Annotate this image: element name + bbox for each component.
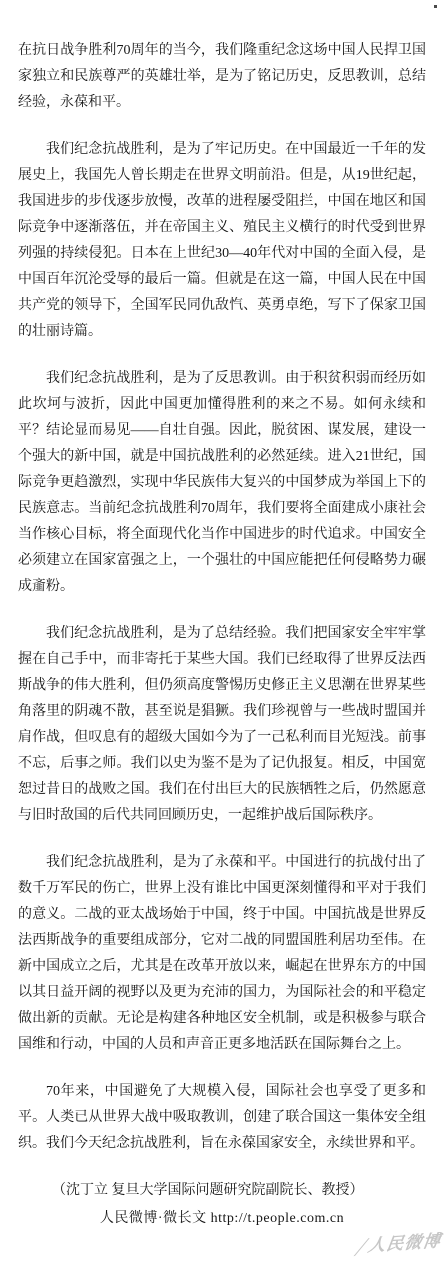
corner-artifact-mark <box>434 5 437 8</box>
paragraph-summarize-experience: 我们纪念抗战胜利，是为了总结经验。我们把国家安全牢牢掌握在自己手中，而非寄托于某… <box>18 621 426 829</box>
article-body: 在抗日战争胜利70周年的当今，我们隆重纪念这场中国人民捍卫国家独立和民族尊严的英… <box>0 0 444 1232</box>
footer-source-line: 人民微博·微长文 http://t.people.com.cn <box>18 1206 426 1232</box>
paragraph-conclusion: 70年来，中国避免了大规模入侵，国际社会也享受了更多和平。人类已从世界大战中吸取… <box>18 1079 426 1157</box>
paragraph-preserve-peace: 我们纪念抗战胜利，是为了永葆和平。中国进行的抗战付出了数千万军民的伤亡，世界上没… <box>18 850 426 1058</box>
paragraph-remember-history: 我们纪念抗战胜利，是为了牢记历史。在中国最近一千年的发展史上，我国先人曾长期走在… <box>18 137 426 345</box>
paragraph-reflect-lessons: 我们纪念抗战胜利，是为了反思教训。由于积贫积弱而经历如此坎坷与波折，因此中国更加… <box>18 366 426 600</box>
footer-source-url-link[interactable]: http://t.people.com.cn <box>211 1211 344 1226</box>
author-attribution: （沈丁立 复旦大学国际问题研究院副院长、教授） <box>52 1178 426 1204</box>
paragraph-intro: 在抗日战争胜利70周年的当今，我们隆重纪念这场中国人民捍卫国家独立和民族尊严的英… <box>18 38 426 116</box>
people-weibo-watermark: ∕人民微博 <box>357 1226 443 1263</box>
watermark-slash-glyph: ∕ <box>357 1232 367 1261</box>
footer-source-label: 人民微博·微长文 <box>100 1211 207 1226</box>
watermark-logo-text: 人民微博 <box>366 1231 442 1255</box>
